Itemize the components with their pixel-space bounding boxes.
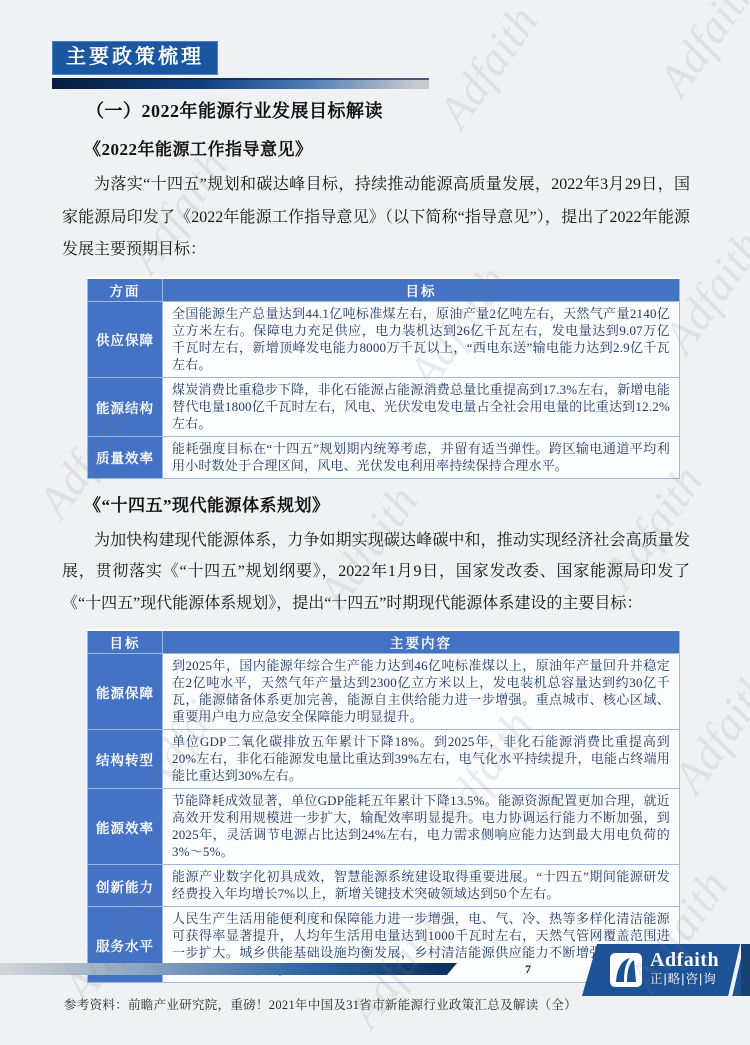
row-content: 单位GDP二氧化碳排放五年累计下降18%。到2025年，非化石能源消费比重提高到… xyxy=(163,730,680,789)
row-content: 能源产业数字化初具成效，智慧能源系统建设取得重要进展。“十四五”期间能源研发经费… xyxy=(163,865,680,907)
section1-paragraph: 为落实“十四五”规划和碳达峰目标，持续推动能源高质量发展，2022年3月29日，… xyxy=(62,169,690,267)
guidance-targets-table: 方面 目标 供应保障 全国能源生产总量达到44.1亿吨标准煤左右，原油产量2亿吨… xyxy=(87,277,680,479)
section1-doc-title: 《2022年能源工作指导意见》 xyxy=(84,138,690,162)
table1-header-aspect: 方面 xyxy=(88,278,163,302)
watermark-text: Adfaith xyxy=(647,0,750,105)
table2-header-target: 目标 xyxy=(88,630,163,654)
row-label: 能源结构 xyxy=(88,377,163,436)
adfaith-logo-mark-icon xyxy=(610,953,642,987)
row-content: 煤炭消费比重稳步下降，非化石能源占能源消费总量比重提高到17.3%左右，新增电能… xyxy=(163,377,680,436)
row-label: 供应保障 xyxy=(88,301,163,377)
table-row: 能源效率 节能降耗成效显著，单位GDP能耗五年累计下降13.5%。能源资源配置更… xyxy=(88,789,680,865)
row-label: 质量效率 xyxy=(88,436,163,478)
plan-targets-table: 目标 主要内容 能源保障 到2025年，国内能源年综合生产能力达到46亿吨标准煤… xyxy=(87,629,680,983)
table2-header-main-content: 主要内容 xyxy=(163,630,680,654)
table-row: 能源结构 煤炭消费比重稳步下降，非化石能源占能源消费总量比重提高到17.3%左右… xyxy=(88,377,680,436)
adfaith-logo-banner: Adfaith 正|略|咨|询 xyxy=(582,944,750,996)
table-row: 结构转型 单位GDP二氧化碳排放五年累计下降18%。到2025年，非化石能源消费… xyxy=(88,730,680,789)
table-row: 创新能力 能源产业数字化初具成效，智慧能源系统建设取得重要进展。“十四五”期间能… xyxy=(88,865,680,907)
main-content: （一）2022年能源行业发展目标解读 《2022年能源工作指导意见》 为落实“十… xyxy=(62,99,690,1013)
page-number: 7 xyxy=(508,962,548,977)
table1-header-row: 方面 目标 xyxy=(88,278,680,302)
banner-end-strip xyxy=(741,944,750,996)
adfaith-brand-chinese: 正|略|咨|询 xyxy=(650,973,719,986)
section2-doc-title: 《“十四五”现代能源体系规划》 xyxy=(84,494,690,518)
row-content: 全国能源生产总量达到44.1亿吨标准煤左右，原油产量2亿吨左右，天然气产量214… xyxy=(163,301,680,377)
table1-header-target: 目标 xyxy=(163,278,680,302)
section2-paragraph: 为加快构建现代能源体系，力争如期实现碳达峰碳中和，推动实现经济社会高质量发展，贯… xyxy=(62,525,690,620)
row-content: 能耗强度目标在“十四五”规划期内统筹考虑，并留有适当弹性。跨区输电通道平均利用小… xyxy=(163,436,680,478)
table-row: 质量效率 能耗强度目标在“十四五”规划期内统筹考虑，并留有适当弹性。跨区输电通道… xyxy=(88,436,680,478)
row-label: 能源保障 xyxy=(88,654,163,730)
table-row: 能源保障 到2025年，国内能源年综合生产能力达到46亿吨标准煤以上，原油年产量… xyxy=(88,654,680,730)
footer-gradient-bar xyxy=(0,963,457,975)
reference-note: 参考资料：前瞻产业研究院，重磅！2021年中国及31省市新能源行业政策汇总及解读… xyxy=(64,995,690,1013)
adfaith-brand-name: Adfaith xyxy=(650,950,719,970)
table2-header-row: 目标 主要内容 xyxy=(88,630,680,654)
row-content: 节能降耗成效显著，单位GDP能耗五年累计下降13.5%。能源资源配置更加合理，就… xyxy=(163,789,680,865)
section1-heading: （一）2022年能源行业发展目标解读 xyxy=(86,99,690,123)
row-label: 能源效率 xyxy=(88,789,163,865)
row-label: 结构转型 xyxy=(88,730,163,789)
adfaith-logo-text: Adfaith 正|略|咨|询 xyxy=(650,950,719,986)
page-header-box: 主要政策梳理 xyxy=(52,41,218,75)
table-row: 供应保障 全国能源生产总量达到44.1亿吨标准煤左右，原油产量2亿吨左右，天然气… xyxy=(88,301,680,377)
row-label: 创新能力 xyxy=(88,865,163,907)
row-content: 到2025年，国内能源年综合生产能力达到46亿吨标准煤以上，原油年产量回升并稳定… xyxy=(163,654,680,730)
header-gradient-bar xyxy=(52,78,429,89)
page-header-title: 主要政策梳理 xyxy=(66,46,204,68)
